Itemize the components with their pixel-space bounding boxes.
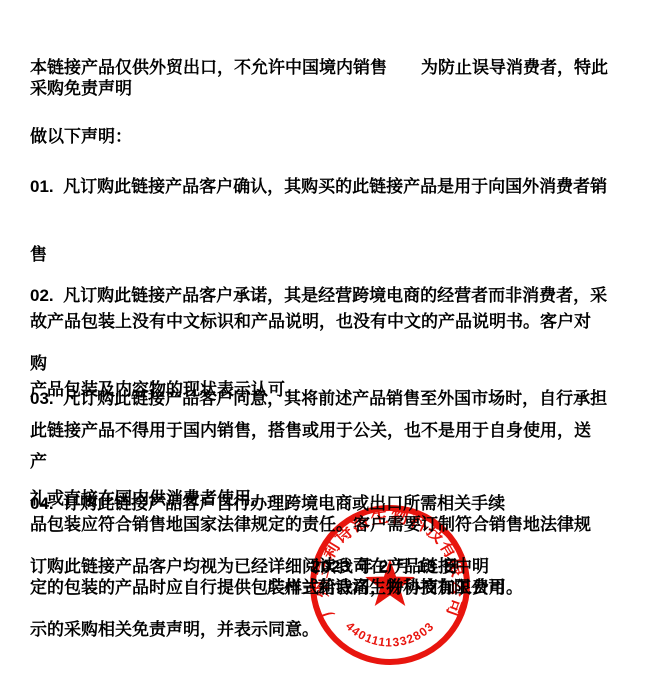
- clause-03-line-1: 03. 凡订购此链接产品客户同意，其将前述产品销售至外国市场时，自行承担: [30, 388, 607, 409]
- document-page: 本链接产品仅供外贸出口，不允许中国境内销售 为防止误导消费者，特此 做以下声明：…: [0, 0, 668, 693]
- signature-company-name: 广州兰莉诗洛生物科技有限公司: [267, 573, 505, 598]
- clause-02-line-1: 02. 凡订购此链接产品客户承诺，其是经营跨境电商的经营者而非消费者，采: [30, 285, 607, 308]
- svg-text:4401111332803: 4401111332803: [343, 619, 437, 650]
- disclaimer-heading: 采购免责声明: [30, 74, 132, 99]
- seal-registration-number: 4401111332803: [343, 619, 437, 650]
- clause-01-line-1: 01. 凡订购此链接产品客户确认，其购买的此链接产品是用于向国外消费者销: [30, 176, 607, 199]
